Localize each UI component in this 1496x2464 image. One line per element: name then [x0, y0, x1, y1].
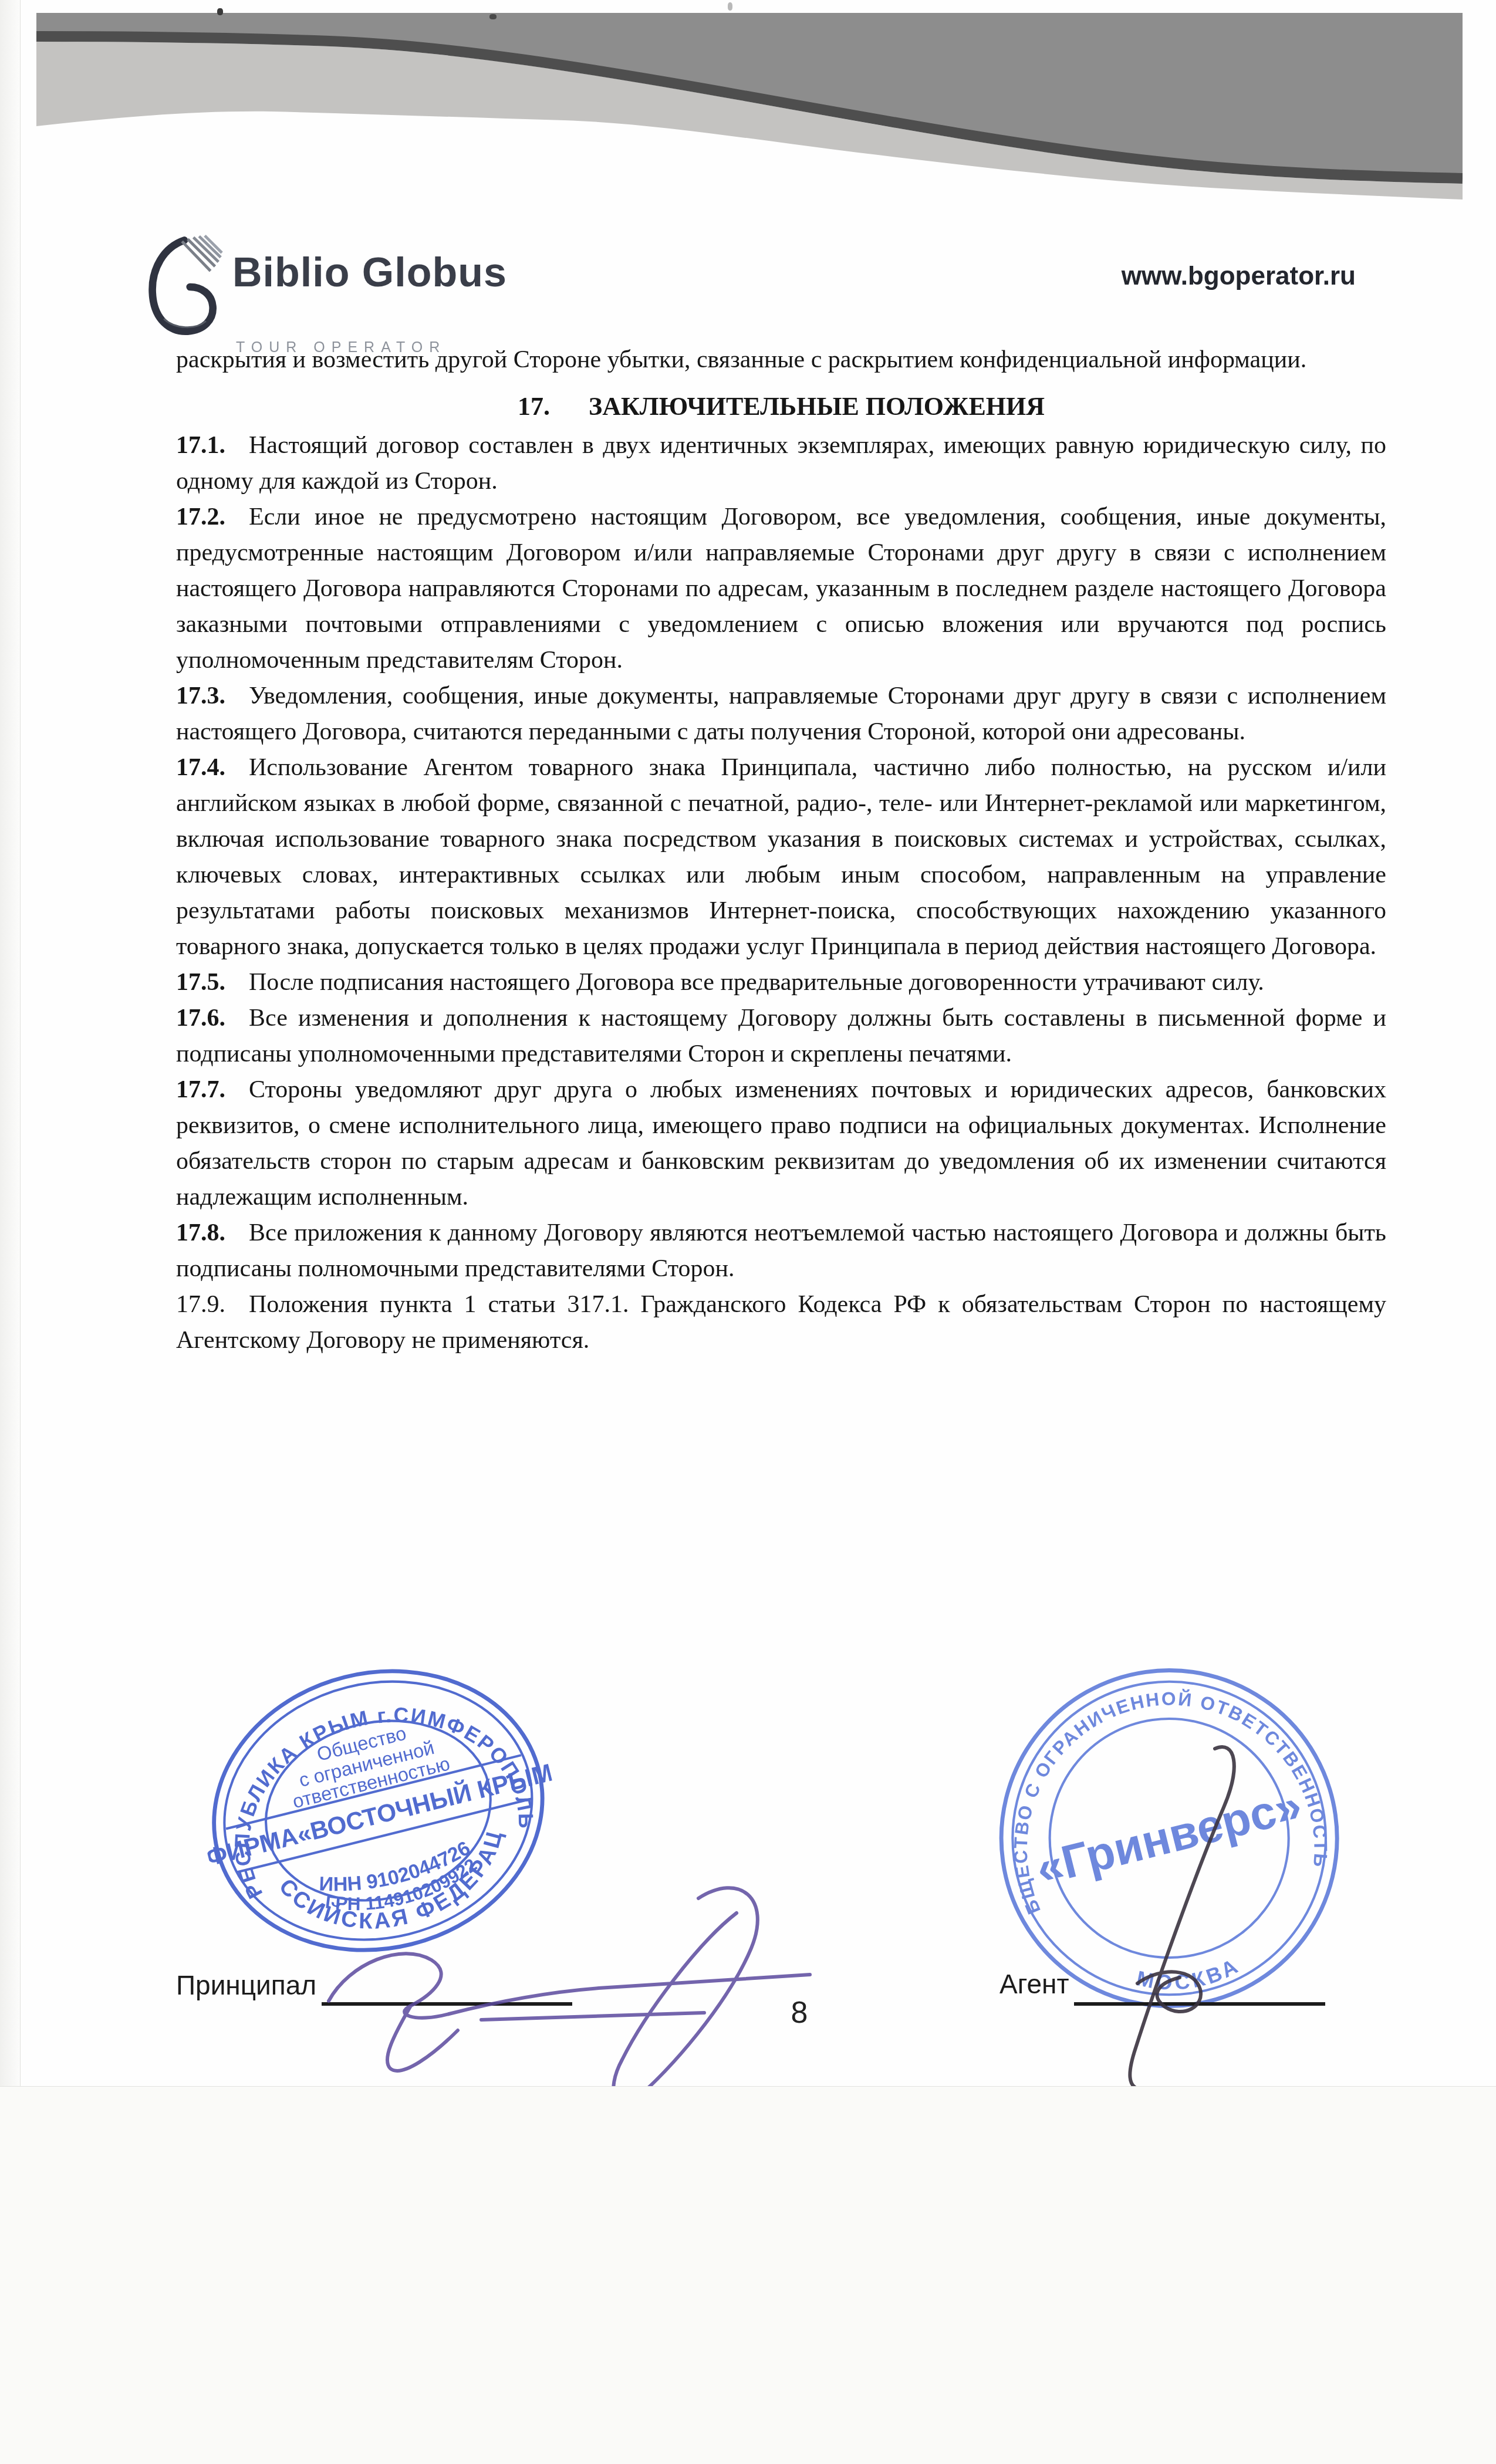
section-number: 17. — [518, 392, 589, 421]
clause-number: 17.9. — [176, 1291, 249, 1318]
clause-text: Все приложения к данному Договору являют… — [176, 1219, 1386, 1282]
scan-speck — [217, 8, 223, 15]
scan-speck — [728, 2, 732, 11]
agent-label: Агент — [999, 1968, 1069, 2000]
website-url: www.bgoperator.ru — [1109, 262, 1356, 291]
clause-17-7: 17.7.Стороны уведомляют друг друга о люб… — [176, 1072, 1386, 1215]
clause-number: 17.2. — [176, 503, 249, 530]
header-wave-graphic — [36, 13, 1463, 201]
logo-title: Biblio Globus — [232, 249, 507, 296]
clause-text: Уведомления, сообщения, иные документы, … — [176, 682, 1386, 745]
contract-body: раскрытия и возместить другой Стороне уб… — [176, 342, 1386, 1358]
scan-speck — [489, 14, 497, 19]
clause-17-5: 17.5.После подписания настоящего Договор… — [176, 965, 1386, 1001]
clause-17-2: 17.2.Если иное не предусмотрено настоящи… — [176, 499, 1386, 678]
clause-number: 17.1. — [176, 432, 249, 459]
clause-number: 17.5. — [176, 969, 249, 996]
clause-text: Если иное не предусмотрено настоящим Дог… — [176, 503, 1386, 674]
scanned-contract-page: Biblio Globus TOUR OPERATOR www.bgoperat… — [0, 0, 1496, 2464]
clause-17-1: 17.1.Настоящий договор составлен в двух … — [176, 428, 1386, 499]
intro-paragraph: раскрытия и возместить другой Стороне уб… — [176, 342, 1386, 378]
principal-signature — [293, 1866, 880, 2113]
page-number: 8 — [782, 1995, 817, 2030]
clause-17-6: 17.6.Все изменения и дополнения к настоя… — [176, 1001, 1386, 1072]
scan-left-edge — [0, 0, 21, 2086]
clause-number: 17.8. — [176, 1219, 249, 1246]
section-title-text: ЗАКЛЮЧИТЕЛЬНЫЕ ПОЛОЖЕНИЯ — [589, 392, 1045, 421]
clause-text: Все изменения и дополнения к настоящему … — [176, 1005, 1386, 1067]
agent-signature — [1068, 1731, 1268, 2101]
clause-text: После подписания настоящего Договора все… — [249, 969, 1264, 996]
clause-17-4: 17.4.Использование Агентом товарного зна… — [176, 750, 1386, 965]
section-title: 17.ЗАКЛЮЧИТЕЛЬНЫЕ ПОЛОЖЕНИЯ — [176, 388, 1386, 424]
clause-text: Использование Агентом товарного знака Пр… — [176, 754, 1386, 960]
clause-17-3: 17.3.Уведомления, сообщения, иные докуме… — [176, 678, 1386, 750]
clause-number: 17.6. — [176, 1005, 249, 1032]
clause-text: Настоящий договор составлен в двух идент… — [176, 432, 1386, 495]
clause-text: Стороны уведомляют друг друга о любых из… — [176, 1076, 1386, 1211]
biblio-globus-logo-icon — [147, 234, 223, 339]
clause-number: 17.3. — [176, 682, 249, 709]
clause-number: 17.7. — [176, 1076, 249, 1103]
scanner-background — [0, 2086, 1496, 2464]
clause-text: Положения пункта 1 статьи 317.1. Граждан… — [176, 1291, 1386, 1354]
clause-number: 17.4. — [176, 754, 249, 781]
clause-17-9: 17.9.Положения пункта 1 статьи 317.1. Гр… — [176, 1287, 1386, 1358]
clause-17-8: 17.8.Все приложения к данному Договору я… — [176, 1215, 1386, 1287]
